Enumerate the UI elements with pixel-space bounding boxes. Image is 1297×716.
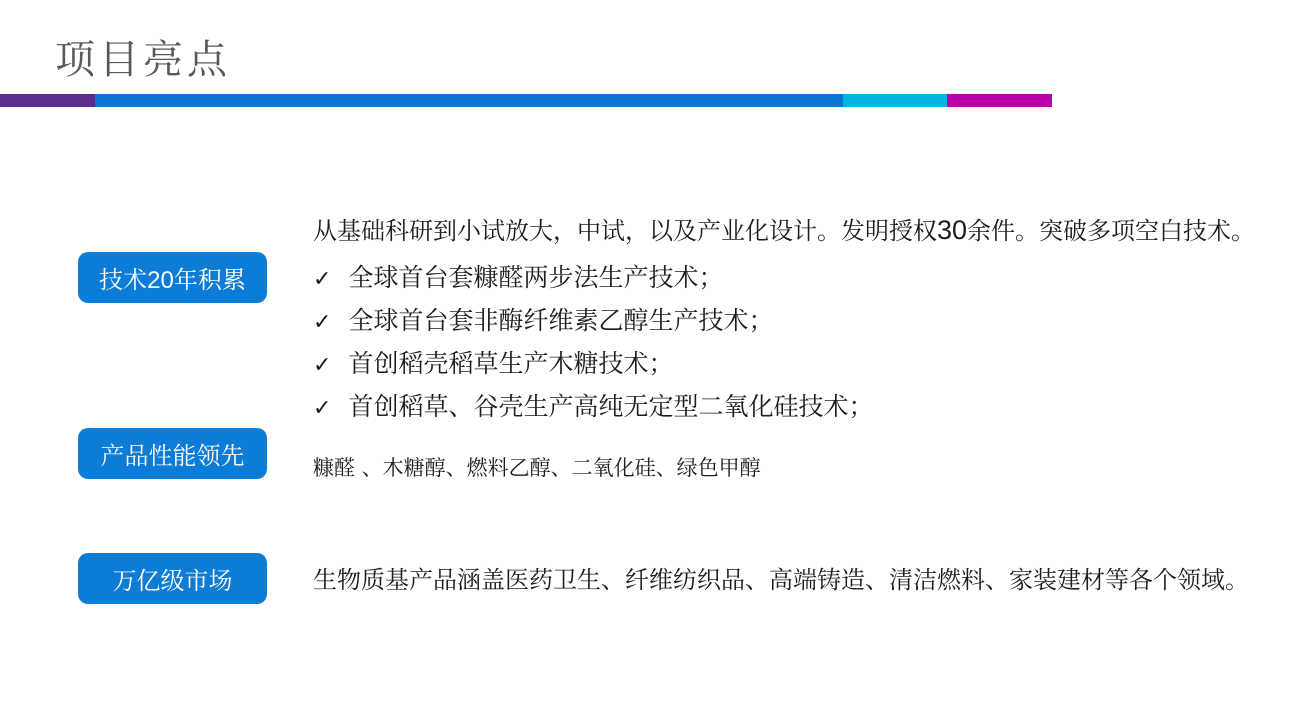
technology-intro-text: 从基础科研到小试放大，中试，以及产业化设计。发明授权30余件。突破多项空白技术。 [313, 211, 1255, 246]
list-item: ✓首创稻壳稻草生产木糖技术； [313, 342, 873, 385]
list-item: ✓首创稻草、谷壳生产高纯无定型二氧化硅技术； [313, 385, 873, 428]
technology-intro-part2: 余件。突破多项空白技术。 [967, 217, 1255, 245]
accent-bar-segment-magenta [947, 94, 1052, 107]
technology-bullet-list: ✓全球首台套糠醛两步法生产技术； ✓全球首台套非酶纤维素乙醇生产技术； ✓首创稻… [313, 256, 873, 428]
accent-bar-segment-cyan [843, 94, 947, 107]
checkmark-icon: ✓ [313, 344, 331, 387]
checkmark-icon: ✓ [313, 301, 331, 344]
bullet-text: 首创稻草、谷壳生产高纯无定型二氧化硅技术； [348, 392, 873, 421]
market-description-text: 生物质基产品涵盖医药卫生、纤维纺织品、高端铸造、清洁燃料、家装建材等各个领域。 [313, 560, 1249, 595]
bullet-text: 全球首台套非酶纤维素乙醇生产技术； [348, 306, 773, 335]
accent-bar [0, 94, 1270, 107]
section-label-market: 万亿级市场 [78, 553, 267, 604]
accent-bar-segment-purple [0, 94, 95, 107]
page-title: 项目亮点 [55, 28, 231, 85]
bullet-text: 首创稻壳稻草生产木糖技术； [348, 349, 673, 378]
list-item: ✓全球首台套非酶纤维素乙醇生产技术； [313, 299, 873, 342]
checkmark-icon: ✓ [313, 387, 331, 430]
patent-count: 30 [937, 215, 967, 245]
section-label-product-performance: 产品性能领先 [78, 428, 267, 479]
section-label-technology: 技术20年积累 [78, 252, 267, 303]
list-item: ✓全球首台套糠醛两步法生产技术； [313, 256, 873, 299]
checkmark-icon: ✓ [313, 258, 331, 301]
product-list-text: 糠醛 、木糖醇、燃料乙醇、二氧化硅、绿色甲醇 [313, 452, 761, 482]
bullet-text: 全球首台套糠醛两步法生产技术； [348, 263, 723, 292]
accent-bar-segment-blue [95, 94, 843, 107]
technology-intro-part1: 从基础科研到小试放大，中试，以及产业化设计。发明授权 [313, 217, 937, 245]
